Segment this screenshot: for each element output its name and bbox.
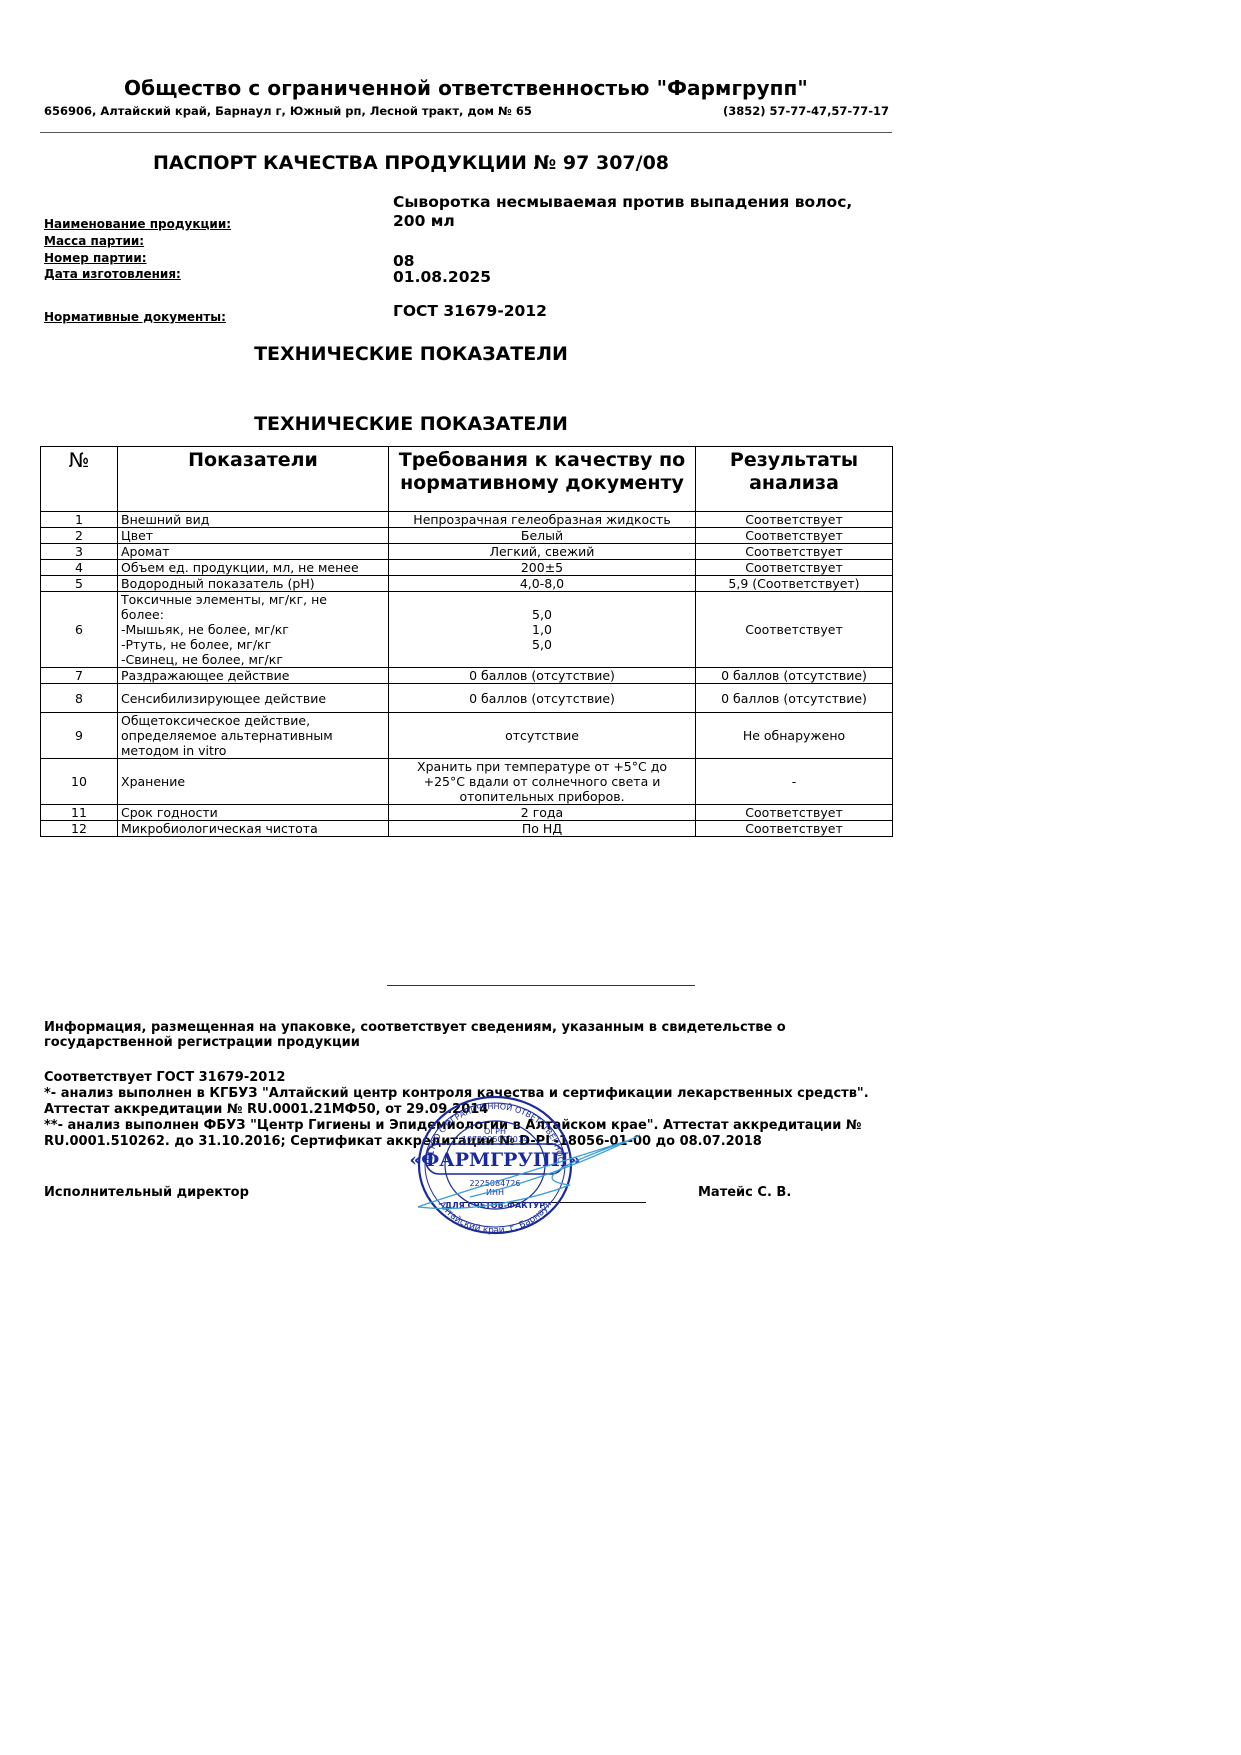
packaging-info-text: Информация, размещенная на упаковке, соо… — [44, 1020, 844, 1050]
requirement-cell: отсутствие — [389, 713, 696, 759]
table-row: 5Водородный показатель (pH)4,0-8,05,9 (С… — [41, 576, 893, 592]
indicator-cell: Раздражающее действие — [118, 668, 389, 684]
row-number-cell: 11 — [41, 805, 118, 821]
indicator-cell: Водородный показатель (pH) — [118, 576, 389, 592]
result-cell: Не обнаружено — [696, 713, 893, 759]
column-header-indicator: Показатели — [118, 447, 389, 512]
row-number-cell: 2 — [41, 528, 118, 544]
indicator-cell: Аромат — [118, 544, 389, 560]
result-cell: 0 баллов (отсутствие) — [696, 668, 893, 684]
batch-number-label: Номер партии: — [44, 251, 147, 265]
company-stamp-icon: ОБЩЕСТВО С ОГРАНИЧЕННОЙ ОТВЕТСТВЕННОСТЬЮ… — [410, 1095, 650, 1235]
section-title-repeat: ТЕХНИЧЕСКИЕ ПОКАЗАТЕЛИ — [40, 413, 892, 430]
row-number-cell: 8 — [41, 684, 118, 713]
indicator-cell: Цвет — [118, 528, 389, 544]
row-number-cell: 1 — [41, 512, 118, 528]
row-number-cell: 4 — [41, 560, 118, 576]
packaging-info-line2: государственной регистрации продукции — [44, 1035, 844, 1050]
table-row: 12Микробиологическая чистотаПо НДСоответ… — [41, 821, 893, 837]
requirement-cell: 4,0-8,0 — [389, 576, 696, 592]
director-name: Матейс С. В. — [698, 1185, 791, 1200]
table-row: 11Срок годности2 годаСоответствует — [41, 805, 893, 821]
indicator-cell: Микробиологическая чистота — [118, 821, 389, 837]
requirement-cell: Хранить при температуре от +5°С до +25°С… — [389, 759, 696, 805]
company-title: Общество с ограниченной ответственностью… — [40, 76, 892, 100]
svg-text:2225084726: 2225084726 — [470, 1179, 521, 1188]
requirement-cell: Белый — [389, 528, 696, 544]
indicator-cell: Хранение — [118, 759, 389, 805]
requirement-cell: 2 года — [389, 805, 696, 821]
normative-docs-value: ГОСТ 31679-2012 — [393, 302, 547, 321]
svg-text:«ФАРМГРУПП»: «ФАРМГРУПП» — [410, 1149, 581, 1171]
company-phone: (3852) 57-77-47,57-77-17 — [723, 104, 889, 118]
result-cell: 5,9 (Соответствует) — [696, 576, 893, 592]
compliance-statement: Соответствует ГОСТ 31679-2012 — [44, 1070, 884, 1086]
table-row: 4Объем ед. продукции, мл, не менее200±5С… — [41, 560, 893, 576]
signature-line-middle — [387, 985, 695, 986]
result-cell: Соответствует — [696, 560, 893, 576]
manufacture-date-label: Дата изготовления: — [44, 267, 181, 281]
table-row: 9Общетоксическое действие, определяемое … — [41, 713, 893, 759]
row-number-cell: 9 — [41, 713, 118, 759]
packaging-info-line1: Информация, размещенная на упаковке, соо… — [44, 1020, 844, 1035]
product-name-label: Наименование продукции: — [44, 217, 231, 231]
result-cell: Соответствует — [696, 592, 893, 668]
result-cell: Соответствует — [696, 544, 893, 560]
table-row: 8Сенсибилизирующее действие0 баллов (отс… — [41, 684, 893, 713]
company-address: 656906, Алтайский край, Барнаул г, Южный… — [44, 104, 532, 118]
svg-text:1072225003014: 1072225003014 — [462, 1135, 528, 1144]
product-name-line2: 200 мл — [393, 212, 852, 231]
requirement-cell: По НД — [389, 821, 696, 837]
table-row: 1Внешний видНепрозрачная гелеобразная жи… — [41, 512, 893, 528]
result-cell: Соответствует — [696, 821, 893, 837]
passport-title: ПАСПОРТ КАЧЕСТВА ПРОДУКЦИИ № 97 307/08 — [40, 152, 892, 174]
result-cell: Соответствует — [696, 528, 893, 544]
indicator-cell: Общетоксическое действие, определяемое а… — [118, 713, 389, 759]
table-row: 10ХранениеХранить при температуре от +5°… — [41, 759, 893, 805]
column-header-number: № — [41, 447, 118, 512]
normative-docs-label: Нормативные документы: — [44, 310, 226, 324]
requirement-cell: 0 баллов (отсутствие) — [389, 668, 696, 684]
table-row: 3АроматЛегкий, свежийСоответствует — [41, 544, 893, 560]
indicator-cell: Объем ед. продукции, мл, не менее — [118, 560, 389, 576]
row-number-cell: 7 — [41, 668, 118, 684]
requirement-cell: Непрозрачная гелеобразная жидкость — [389, 512, 696, 528]
requirement-cell: 0 баллов (отсутствие) — [389, 684, 696, 713]
indicator-cell: Токсичные элементы, мг/кг, не более: -Мы… — [118, 592, 389, 668]
table-row: 2ЦветБелыйСоответствует — [41, 528, 893, 544]
row-number-cell: 10 — [41, 759, 118, 805]
indicator-cell: Срок годности — [118, 805, 389, 821]
header-divider — [40, 132, 892, 133]
result-cell: 0 баллов (отсутствие) — [696, 684, 893, 713]
table-header-row: № Показатели Требования к качеству по но… — [41, 447, 893, 512]
requirement-cell: Легкий, свежий — [389, 544, 696, 560]
technical-indicators-table: № Показатели Требования к качеству по но… — [40, 446, 893, 837]
table-row: 6Токсичные элементы, мг/кг, не более: -М… — [41, 592, 893, 668]
result-cell: - — [696, 759, 893, 805]
product-name-value: Сыворотка несмываемая против выпадения в… — [393, 193, 852, 231]
result-cell: Соответствует — [696, 805, 893, 821]
result-cell: Соответствует — [696, 512, 893, 528]
row-number-cell: 6 — [41, 592, 118, 668]
indicator-cell: Сенсибилизирующее действие — [118, 684, 389, 713]
director-title: Исполнительный директор — [44, 1185, 249, 1200]
row-number-cell: 3 — [41, 544, 118, 560]
row-number-cell: 12 — [41, 821, 118, 837]
requirement-cell: 5,0 1,0 5,0 — [389, 592, 696, 668]
manufacture-date-value: 01.08.2025 — [393, 268, 491, 287]
column-header-requirement: Требования к качеству по нормативному до… — [389, 447, 696, 512]
row-number-cell: 5 — [41, 576, 118, 592]
requirement-cell: 200±5 — [389, 560, 696, 576]
table-row: 7Раздражающее действие0 баллов (отсутств… — [41, 668, 893, 684]
indicator-cell: Внешний вид — [118, 512, 389, 528]
product-name-line1: Сыворотка несмываемая против выпадения в… — [393, 193, 852, 212]
batch-mass-label: Масса партии: — [44, 234, 144, 248]
section-title: ТЕХНИЧЕСКИЕ ПОКАЗАТЕЛИ — [40, 343, 892, 365]
column-header-result: Результаты анализа — [696, 447, 893, 512]
